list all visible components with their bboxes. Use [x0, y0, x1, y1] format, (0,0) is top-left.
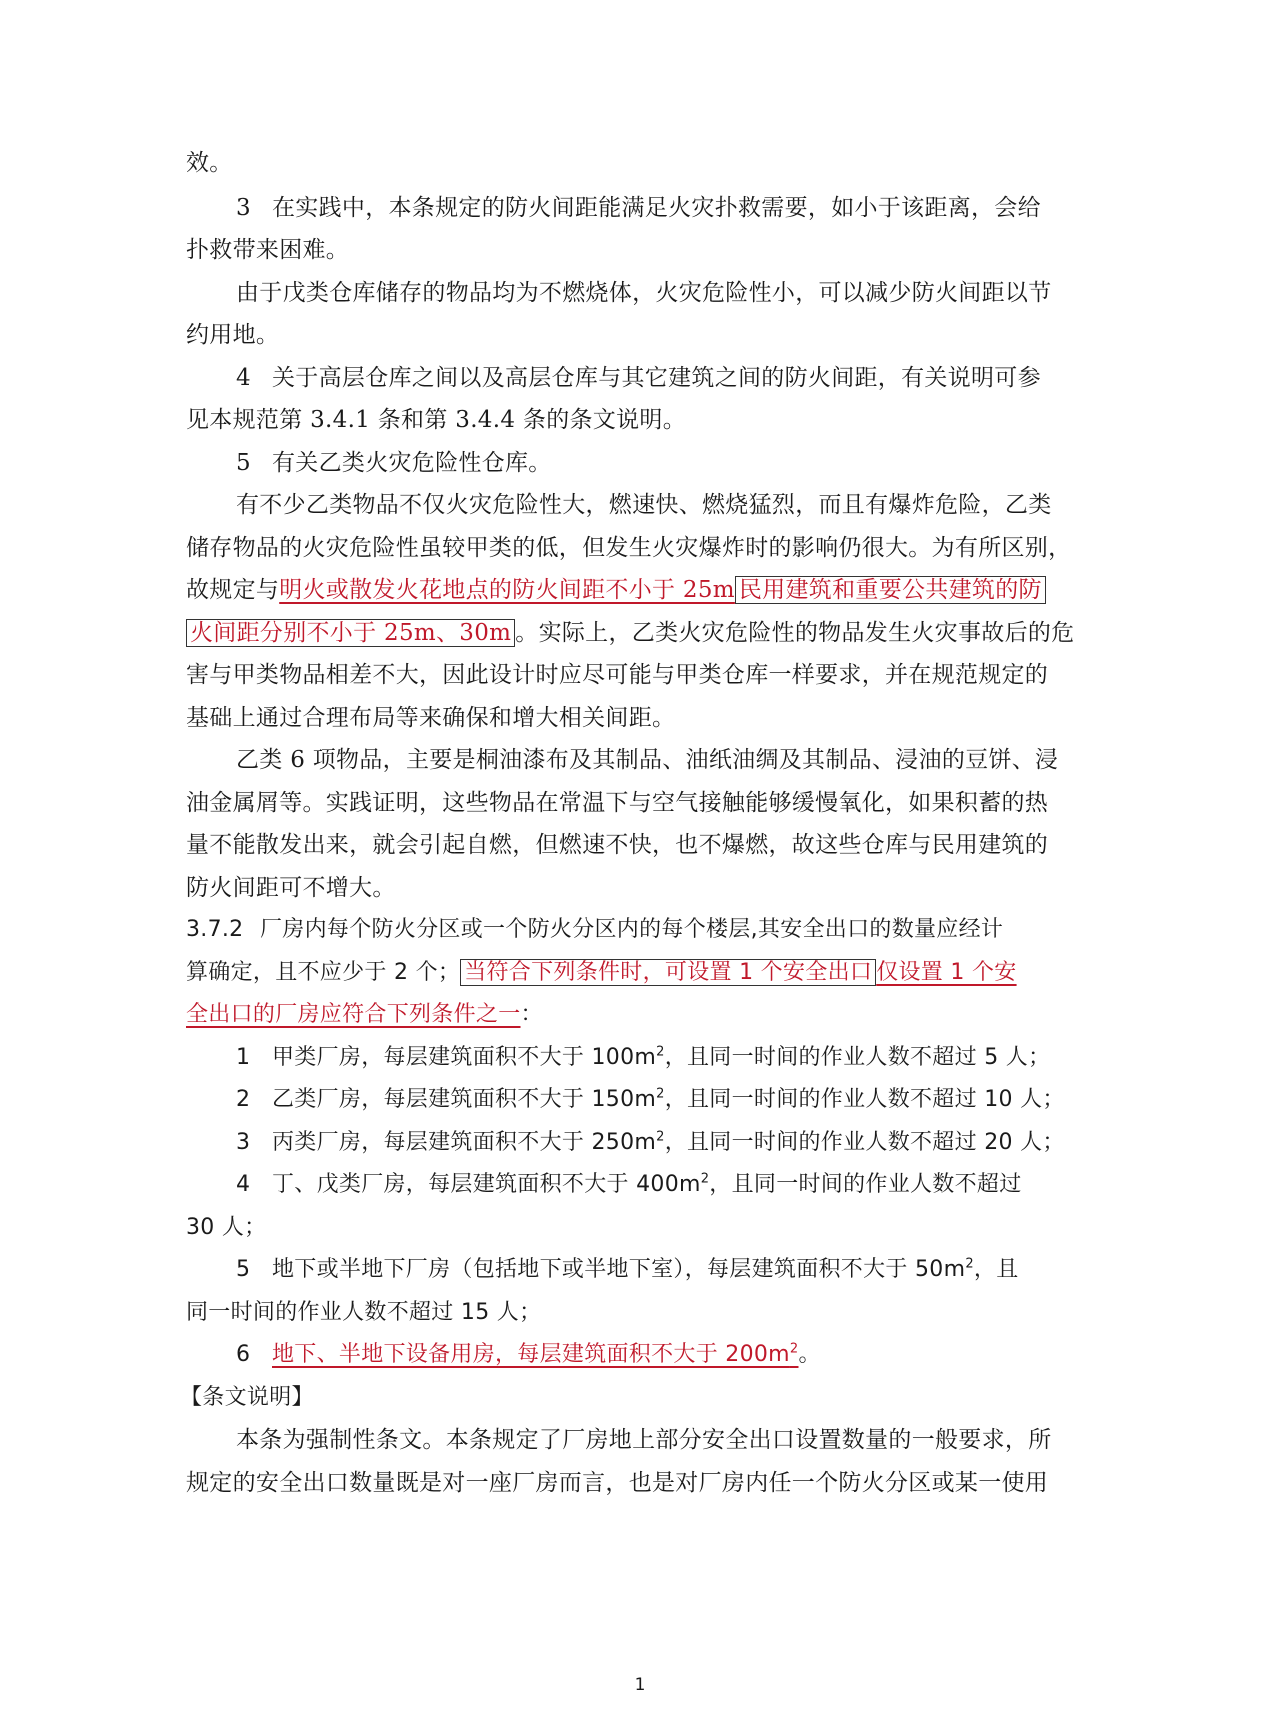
paragraph-line: 乙类 6 项物品，主要是桐油漆布及其制品、油纸油绸及其制品、浸油的豆饼、浸	[236, 745, 1126, 775]
inserted-text: 全出口的厂房应符合下列条件之一	[186, 1002, 521, 1027]
paragraph-line: 扑救带来困难。	[186, 235, 1126, 265]
paragraph-line-revision: 故规定与明火或散发火花地点的防火间距不小于 25m民用建筑和重要公共建筑的防	[186, 575, 1126, 605]
paragraph-line: 基础上通过合理布局等来确保和增大相关间距。	[186, 703, 1126, 733]
condition-text: 丁、戊类厂房，每层建筑面积不大于 400m	[272, 1172, 701, 1197]
paragraph-text: 关于高层仓库之间以及高层仓库与其它建筑之间的防火间距，有关说明可参	[272, 365, 1041, 391]
deleted-text-box: 民用建筑和重要公共建筑的防	[735, 576, 1046, 604]
clause-number: 3.7.2	[186, 915, 260, 945]
paragraph-line: 效。	[186, 148, 1126, 178]
paragraph-line: 油金属屑等。实践证明，这些物品在常温下与空气接触能够缓慢氧化，如果积蓄的热	[186, 788, 1126, 818]
paragraph-line: 害与甲类物品相差不大，因此设计时应尽可能与甲类仓库一样要求，并在规范规定的	[186, 660, 1126, 690]
condition-text: ，且	[974, 1257, 1019, 1282]
superscript: 2	[701, 1172, 710, 1187]
condition-item-6: 6地下、半地下设备用房，每层建筑面积不大于 200m2。	[236, 1340, 1126, 1370]
item-number: 5	[236, 1255, 272, 1285]
item-number: 4	[236, 1170, 272, 1200]
condition-line: 30 人；	[186, 1213, 1126, 1243]
condition-text: 地下、半地下设备用房，每层建筑面积不大于 200m	[272, 1342, 790, 1367]
condition-item-4: 4丁、戊类厂房，每层建筑面积不大于 400m2，且同一时间的作业人数不超过	[236, 1170, 1126, 1200]
inserted-text: 仅设置 1 个安	[876, 960, 1016, 985]
condition-text: ，且同一时间的作业人数不超过	[709, 1172, 1021, 1197]
superscript: 2	[656, 1130, 665, 1145]
condition-item-2: 2乙类厂房，每层建筑面积不大于 150m2，且同一时间的作业人数不超过 10 人…	[236, 1085, 1126, 1115]
deleted-text-box: 火间距分别不小于 25m、30m	[186, 619, 515, 647]
condition-item-1: 1甲类厂房，每层建筑面积不大于 100m2，且同一时间的作业人数不超过 5 人；	[236, 1043, 1126, 1073]
condition-text: 乙类厂房，每层建筑面积不大于 150m	[272, 1087, 656, 1112]
condition-text: 地下或半地下厂房（包括地下或半地下室），每层建筑面积不大于 50m	[272, 1257, 965, 1282]
superscript: 2	[965, 1257, 974, 1272]
superscript: 2	[656, 1087, 665, 1102]
list-item-5: 5有关乙类火灾危险性仓库。	[236, 448, 1126, 478]
paragraph-line: 约用地。	[186, 320, 1126, 350]
item-number: 3	[236, 1128, 272, 1158]
paragraph-text: 。实际上，乙类火灾危险性的物品发生火灾事故后的危	[515, 620, 1074, 646]
clause-text: ：	[521, 1002, 543, 1027]
condition-text: 。	[799, 1342, 821, 1367]
paragraph-line: 规定的安全出口数量既是对一座厂房而言，也是对厂房内任一个防火分区或某一使用	[186, 1468, 1126, 1498]
document-page: 效。 3在实践中，本条规定的防火间距能满足火灾扑救需要，如小于该距离，会给 扑救…	[0, 0, 1280, 1730]
list-item-3: 3在实践中，本条规定的防火间距能满足火灾扑救需要，如小于该距离，会给	[236, 193, 1126, 223]
clause-line-revision: 算确定，且不应少于 2 个；当符合下列条件时，可设置 1 个安全出口仅设置 1 …	[186, 958, 1126, 988]
paragraph-line-revision: 火间距分别不小于 25m、30m。实际上，乙类火灾危险性的物品发生火灾事故后的危	[186, 618, 1126, 648]
superscript: 2	[790, 1342, 799, 1357]
clause-line-revision: 全出口的厂房应符合下列条件之一：	[186, 1000, 1126, 1030]
condition-item-5: 5地下或半地下厂房（包括地下或半地下室），每层建筑面积不大于 50m2，且	[236, 1255, 1126, 1285]
item-number: 5	[236, 448, 272, 478]
paragraph-line: 量不能散发出来，就会引起自燃，但燃速不快，也不爆燃，故这些仓库与民用建筑的	[186, 830, 1126, 860]
clause-text: 算确定，且不应少于 2 个；	[186, 960, 460, 985]
condition-line: 同一时间的作业人数不超过 15 人；	[186, 1298, 1126, 1328]
paragraph-text: 有关乙类火灾危险性仓库。	[272, 450, 552, 476]
condition-text: ，且同一时间的作业人数不超过 20 人；	[665, 1130, 1065, 1155]
paragraph-line: 储存物品的火灾危险性虽较甲类的低，但发生火灾爆炸时的影响仍很大。为有所区别，	[186, 533, 1126, 563]
paragraph-line: 防火间距可不增大。	[186, 873, 1126, 903]
deleted-text-box: 当符合下列条件时，可设置 1 个安全出口	[460, 959, 876, 986]
item-number: 4	[236, 363, 272, 393]
section-heading: 【条文说明】	[180, 1383, 1120, 1413]
paragraph-line: 见本规范第 3.4.1 条和第 3.4.4 条的条文说明。	[186, 405, 1126, 435]
inserted-text: 明火或散发火花地点的防火间距不小于 25m	[279, 577, 735, 603]
paragraph-text: 故规定与	[186, 577, 279, 603]
condition-text: ，且同一时间的作业人数不超过 5 人；	[665, 1045, 1051, 1070]
page-number: 1	[0, 1675, 1280, 1695]
item-number: 6	[236, 1340, 272, 1370]
item-number: 3	[236, 193, 272, 223]
paragraph-line: 本条为强制性条文。本条规定了厂房地上部分安全出口设置数量的一般要求，所	[236, 1425, 1126, 1455]
inserted-text: 地下、半地下设备用房，每层建筑面积不大于 200m2	[272, 1342, 799, 1367]
item-number: 2	[236, 1085, 272, 1115]
condition-text: ，且同一时间的作业人数不超过 10 人；	[665, 1087, 1065, 1112]
condition-text: 丙类厂房，每层建筑面积不大于 250m	[272, 1130, 656, 1155]
condition-item-3: 3丙类厂房，每层建筑面积不大于 250m2，且同一时间的作业人数不超过 20 人…	[236, 1128, 1126, 1158]
clause-heading: 3.7.2厂房内每个防火分区或一个防火分区内的每个楼层,其安全出口的数量应经计	[186, 915, 1126, 945]
paragraph-line: 由于戊类仓库储存的物品均为不燃烧体，火灾危险性小，可以减少防火间距以节	[236, 278, 1126, 308]
item-number: 1	[236, 1043, 272, 1073]
paragraph-line: 有不少乙类物品不仅火灾危险性大，燃速快、燃烧猛烈，而且有爆炸危险，乙类	[236, 490, 1126, 520]
clause-text: 厂房内每个防火分区或一个防火分区内的每个楼层,其安全出口的数量应经计	[260, 917, 1003, 942]
superscript: 2	[656, 1045, 665, 1060]
list-item-4: 4关于高层仓库之间以及高层仓库与其它建筑之间的防火间距，有关说明可参	[236, 363, 1126, 393]
paragraph-text: 在实践中，本条规定的防火间距能满足火灾扑救需要，如小于该距离，会给	[272, 195, 1041, 221]
condition-text: 甲类厂房，每层建筑面积不大于 100m	[272, 1045, 656, 1070]
